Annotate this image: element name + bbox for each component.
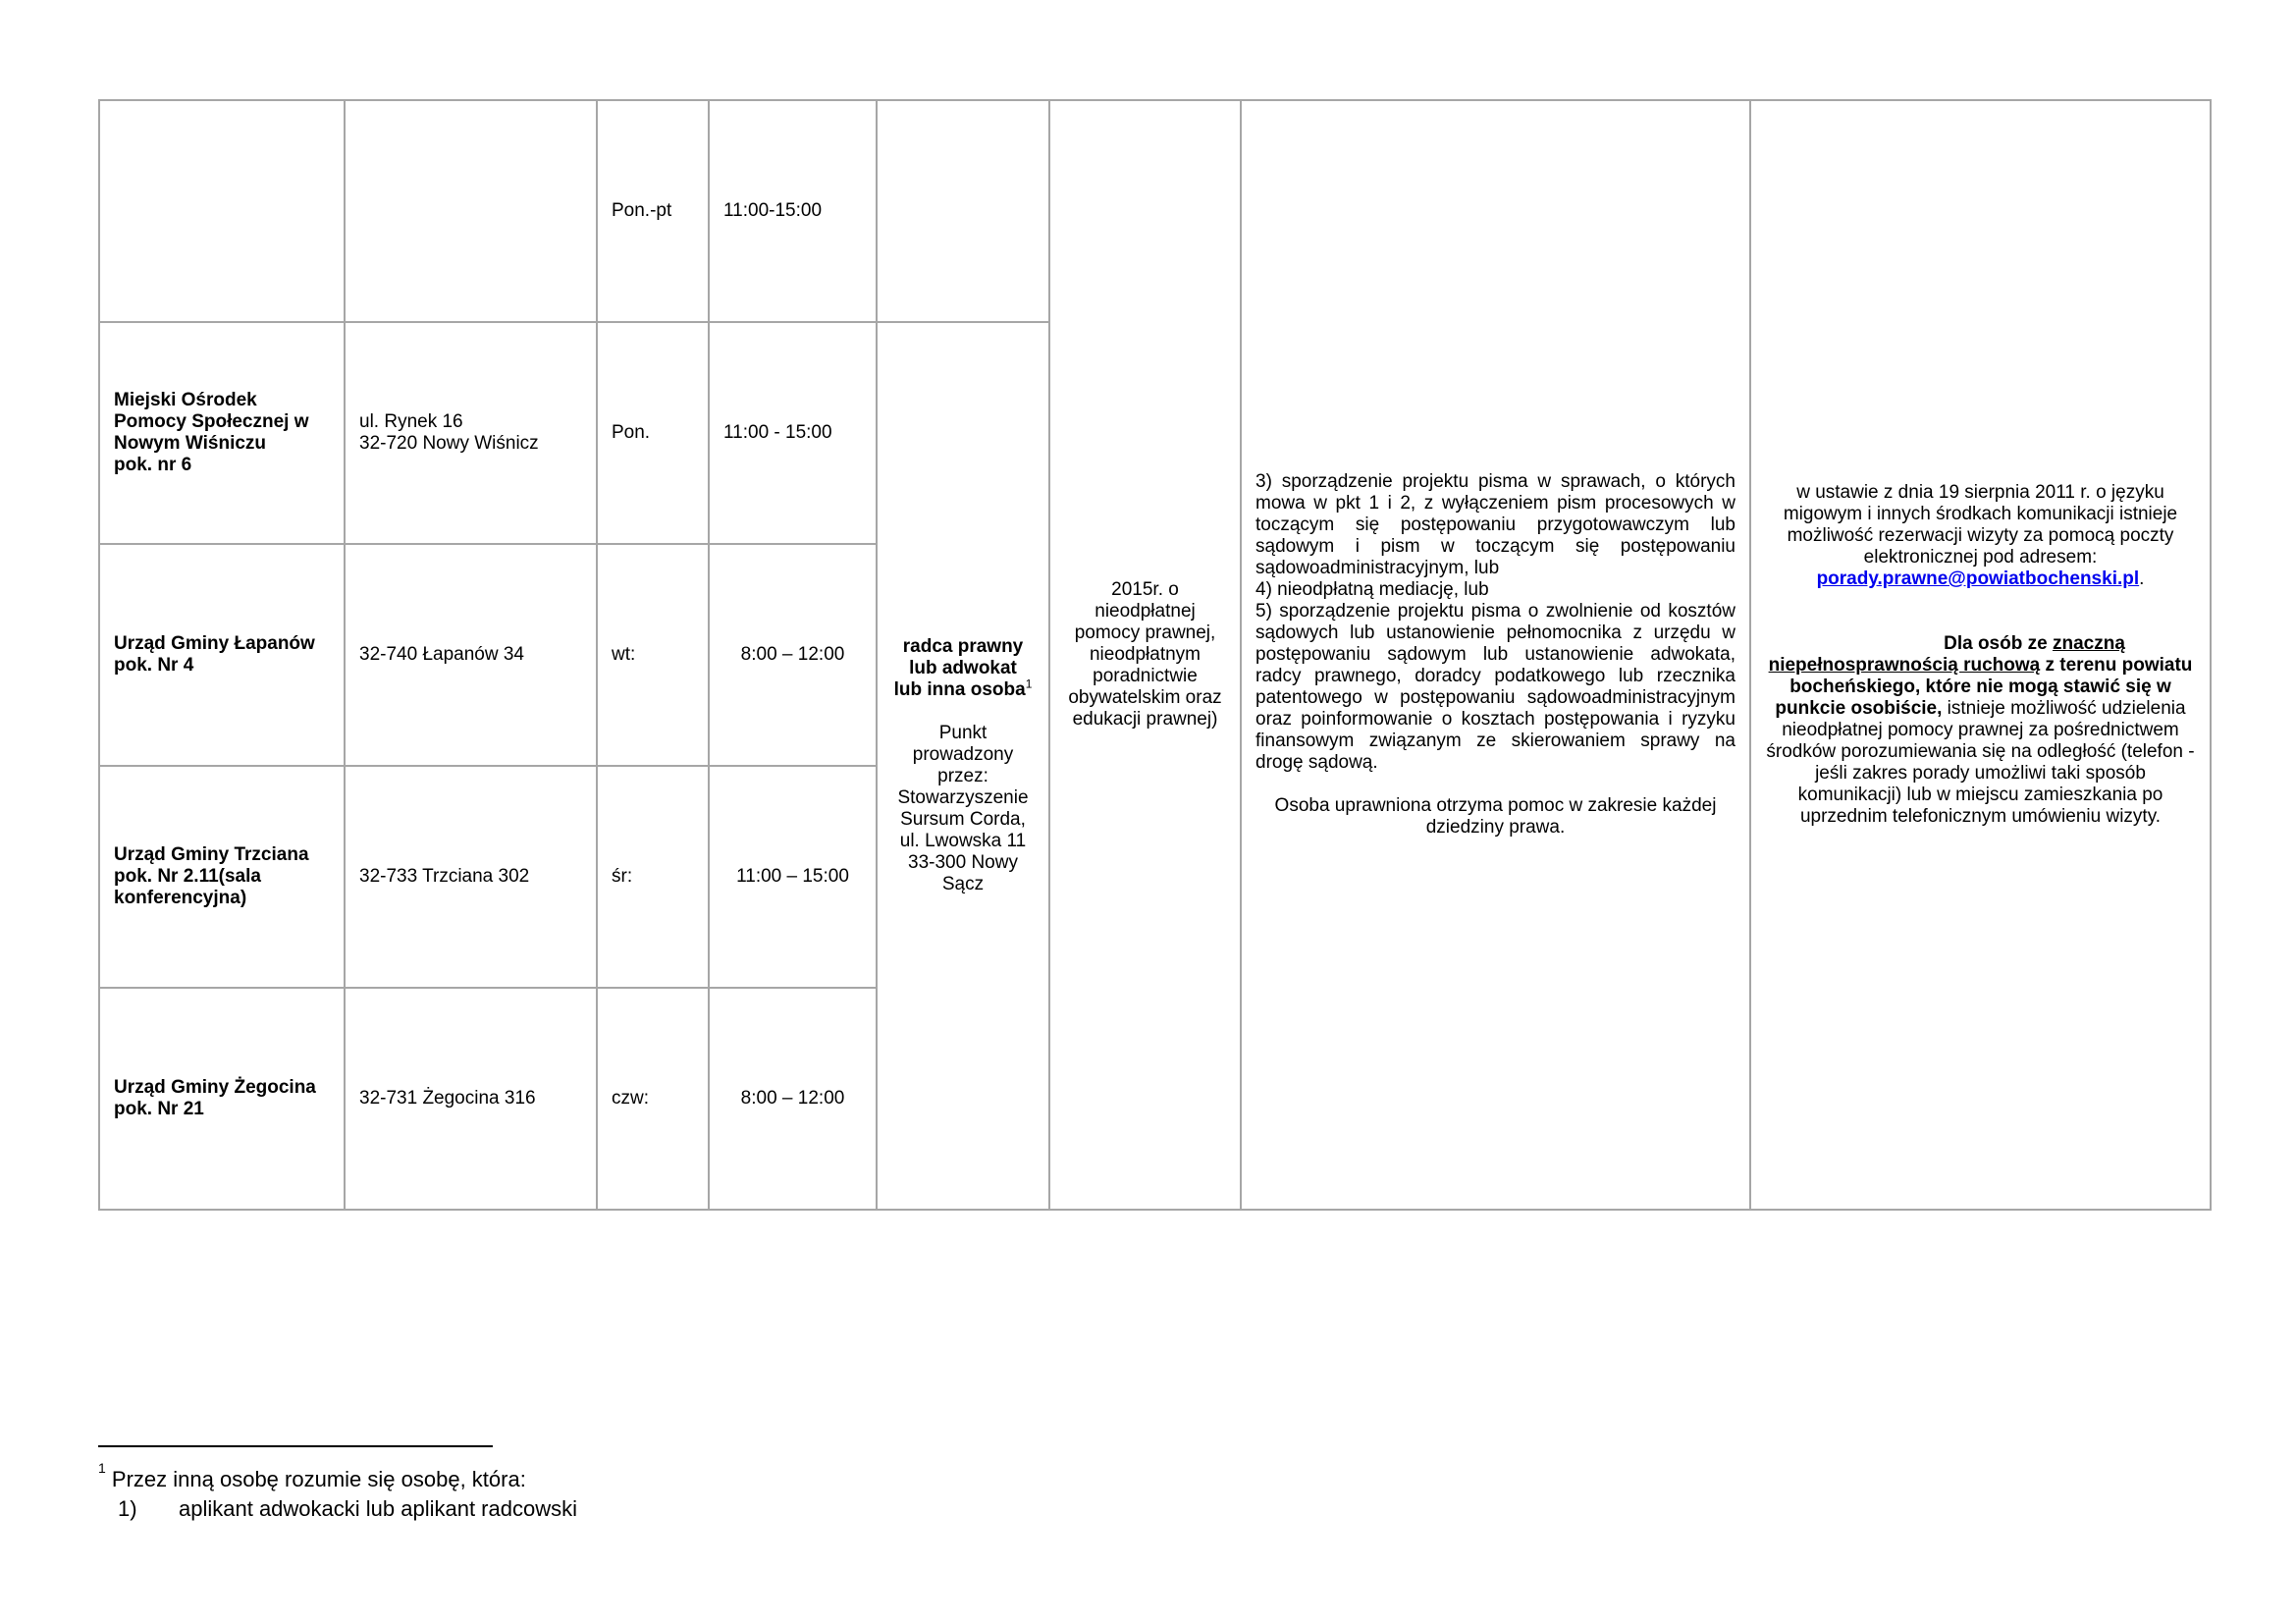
law-ref-line: pomocy prawnej, (1075, 623, 1216, 643)
hours-cell: 11:00 - 15:00 (709, 322, 877, 544)
hours-cell: 8:00 – 12:00 (709, 988, 877, 1210)
day-cell: wt: (597, 544, 709, 766)
provider-cell: radca prawny lub adwokat lub inna osoba1… (877, 322, 1049, 1210)
law-ref-line: edukacji prawnej) (1073, 709, 1218, 730)
footnote-ref: 1 (1026, 677, 1033, 691)
disabled-persons-info: Dla osób ze znaczną niepełnosprawnością … (1765, 633, 2196, 828)
location-name-cell: Urząd Gminy Żegocinapok. Nr 21 (99, 988, 345, 1210)
footnote-item-number: 1) (118, 1494, 179, 1524)
footnote-marker: 1 (98, 1460, 106, 1476)
disabled-underlined: niepełnosprawnością ruchową (1769, 655, 2041, 676)
footnote: 1 Przez inną osobę rozumie się osobę, kt… (98, 1465, 577, 1524)
provider-cell-top (877, 100, 1049, 322)
law-ref-line: poradnictwie (1093, 666, 1198, 686)
address-cell: 32-740 Łapanów 34 (345, 544, 597, 766)
law-ref-line: nieodpłatnym (1090, 644, 1201, 665)
footnote-item-text: aplikant adwokacki lub aplikant radcowsk… (179, 1496, 577, 1521)
legal-aid-schedule-table: Pon.-pt 11:00-15:00 2015r. o nieodpłatne… (98, 99, 2212, 1211)
location-name-cell: Urząd Gminy Trzcianapok. Nr 2.11(salakon… (99, 766, 345, 988)
footnote-text: Przez inną osobę rozumie się osobę, któr… (112, 1467, 526, 1491)
scope-item-3: 3) sporządzenie projektu pisma w sprawac… (1255, 471, 1735, 579)
day-cell: Pon. (597, 322, 709, 544)
email-link[interactable]: porady.prawne@powiatbochenski.pl (1817, 568, 2140, 589)
table-row: Pon.-pt 11:00-15:00 2015r. o nieodpłatne… (99, 100, 2211, 322)
hours-cell: 11:00-15:00 (709, 100, 877, 322)
law-ref-line: obywatelskim oraz (1068, 687, 1221, 708)
disabled-prefix: Dla osób ze (1944, 633, 2053, 654)
email-suffix: . (2139, 568, 2144, 589)
additional-info-cell: w ustawie z dnia 19 sierpnia 2011 r. o j… (1750, 100, 2211, 1210)
scope-item-4: 4) nieodpłatną mediację, lub (1255, 579, 1735, 601)
location-name-cell: Miejski OśrodekPomocy Społecznej wNowym … (99, 322, 345, 544)
hours-cell: 8:00 – 12:00 (709, 544, 877, 766)
document-page: Pon.-pt 11:00-15:00 2015r. o nieodpłatne… (0, 0, 2296, 1624)
address-cell: ul. Rynek 1632-720 Nowy Wiśnicz (345, 322, 597, 544)
law-reference-cell: 2015r. o nieodpłatnej pomocy prawnej, ni… (1049, 100, 1241, 1210)
law-ref-line: 2015r. o (1111, 579, 1179, 600)
address-cell: 32-733 Trzciana 302 (345, 766, 597, 988)
hours-cell: 11:00 – 15:00 (709, 766, 877, 988)
address-cell: 32-731 Żegocina 316 (345, 988, 597, 1210)
sign-language-info: w ustawie z dnia 19 sierpnia 2011 r. o j… (1765, 482, 2196, 568)
disabled-underlined: znaczną (2053, 633, 2125, 654)
location-name-cell: Urząd Gminy Łapanówpok. Nr 4 (99, 544, 345, 766)
location-name-cell (99, 100, 345, 322)
day-cell: śr: (597, 766, 709, 988)
scope-item-5: 5) sporządzenie projektu pisma o zwolnie… (1255, 601, 1735, 774)
footnote-separator (98, 1445, 493, 1447)
address-cell (345, 100, 597, 322)
scope-of-help-cell: 3) sporządzenie projektu pisma w sprawac… (1241, 100, 1750, 1210)
law-ref-line: nieodpłatnej (1095, 601, 1195, 622)
footnote-list-item: 1)aplikant adwokacki lub aplikant radcow… (98, 1494, 577, 1524)
day-cell: Pon.-pt (597, 100, 709, 322)
scope-note: Osoba uprawniona otrzyma pomoc w zakresi… (1255, 795, 1735, 839)
day-cell: czw: (597, 988, 709, 1210)
